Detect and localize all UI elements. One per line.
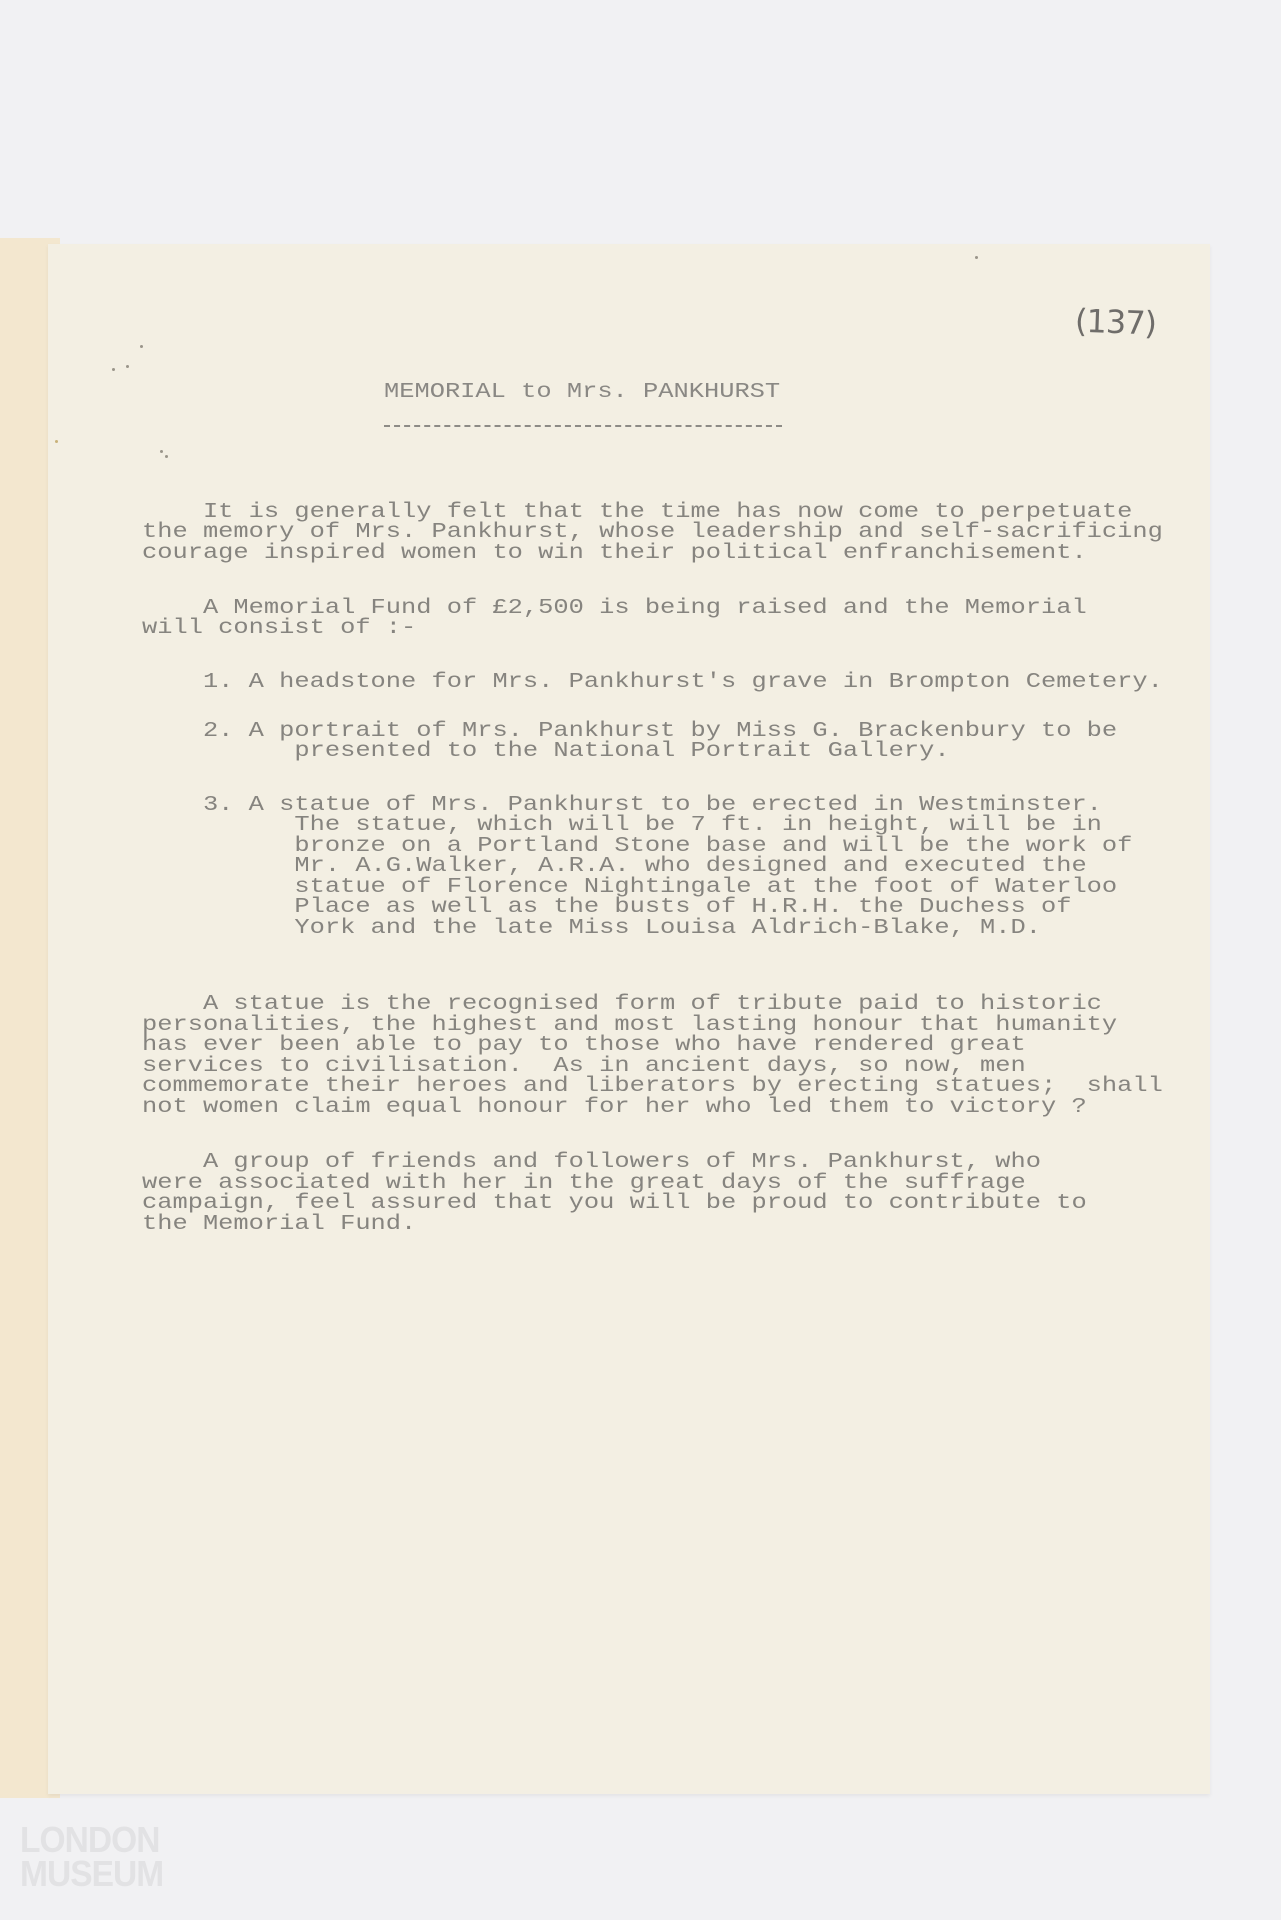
text-line: A Memorial Fund of £2,500 is being raise… [142,600,1087,617]
logo-line-museum: MUSEUM [20,1857,163,1891]
text-line: York and the late Miss Louisa Aldrich-Bl… [142,920,1041,937]
logo-line-london: LONDON [20,1823,163,1857]
text-line: not women claim equal honour for her who… [142,1099,1087,1116]
text-line: 1. A headstone for Mrs. Pankhurst's grav… [142,674,1163,691]
text-line: presented to the National Portrait Galle… [142,743,950,760]
text-line: statue of Florence Nightingale at the fo… [142,879,1117,896]
text-line: personalities, the highest and most last… [142,1017,1117,1034]
text-line: has ever been able to pay to those who h… [142,1037,1026,1054]
text-line: campaign, feel assured that you will be … [142,1195,1087,1212]
paper-speck [55,440,58,443]
text-line: commemorate their heroes and liberators … [142,1078,1163,1095]
text-line: Mr. A.G.Walker, A.R.A. who designed and … [142,858,1087,875]
paper-speck [165,455,168,458]
text-line: A statue is the recognised form of tribu… [142,996,1102,1013]
document-title: MEMORIAL to Mrs. PANKHURST [384,384,780,401]
paper-speck [140,345,143,348]
text-line: the Memorial Fund. [142,1216,416,1233]
paper-speck [112,368,115,371]
paper-speck [126,365,129,368]
text-line: 3. A statue of Mrs. Pankhurst to be erec… [142,797,1102,814]
title-underline [384,425,782,427]
text-line: services to civilisation. As in ancient … [142,1058,1026,1075]
text-line: A group of friends and followers of Mrs.… [142,1154,1041,1171]
archive-number-pencil: (137) [1074,302,1156,343]
text-line: It is generally felt that the time has n… [142,504,1132,521]
text-line: bronze on a Portland Stone base and will… [142,838,1132,855]
paper-speck [975,256,978,259]
text-line: 2. A portrait of Mrs. Pankhurst by Miss … [142,723,1117,740]
text-line: The statue, which will be 7 ft. in heigh… [142,817,1102,834]
london-museum-watermark-logo: LONDON MUSEUM [20,1823,163,1891]
text-line: Place as well as the busts of H.R.H. the… [142,899,1071,916]
text-line: will consist of :- [142,620,416,637]
text-line: courage inspired women to win their poli… [142,545,1087,562]
text-line: the memory of Mrs. Pankhurst, whose lead… [142,524,1163,541]
paper-speck [160,450,163,453]
text-line: were associated with her in the great da… [142,1175,1026,1192]
